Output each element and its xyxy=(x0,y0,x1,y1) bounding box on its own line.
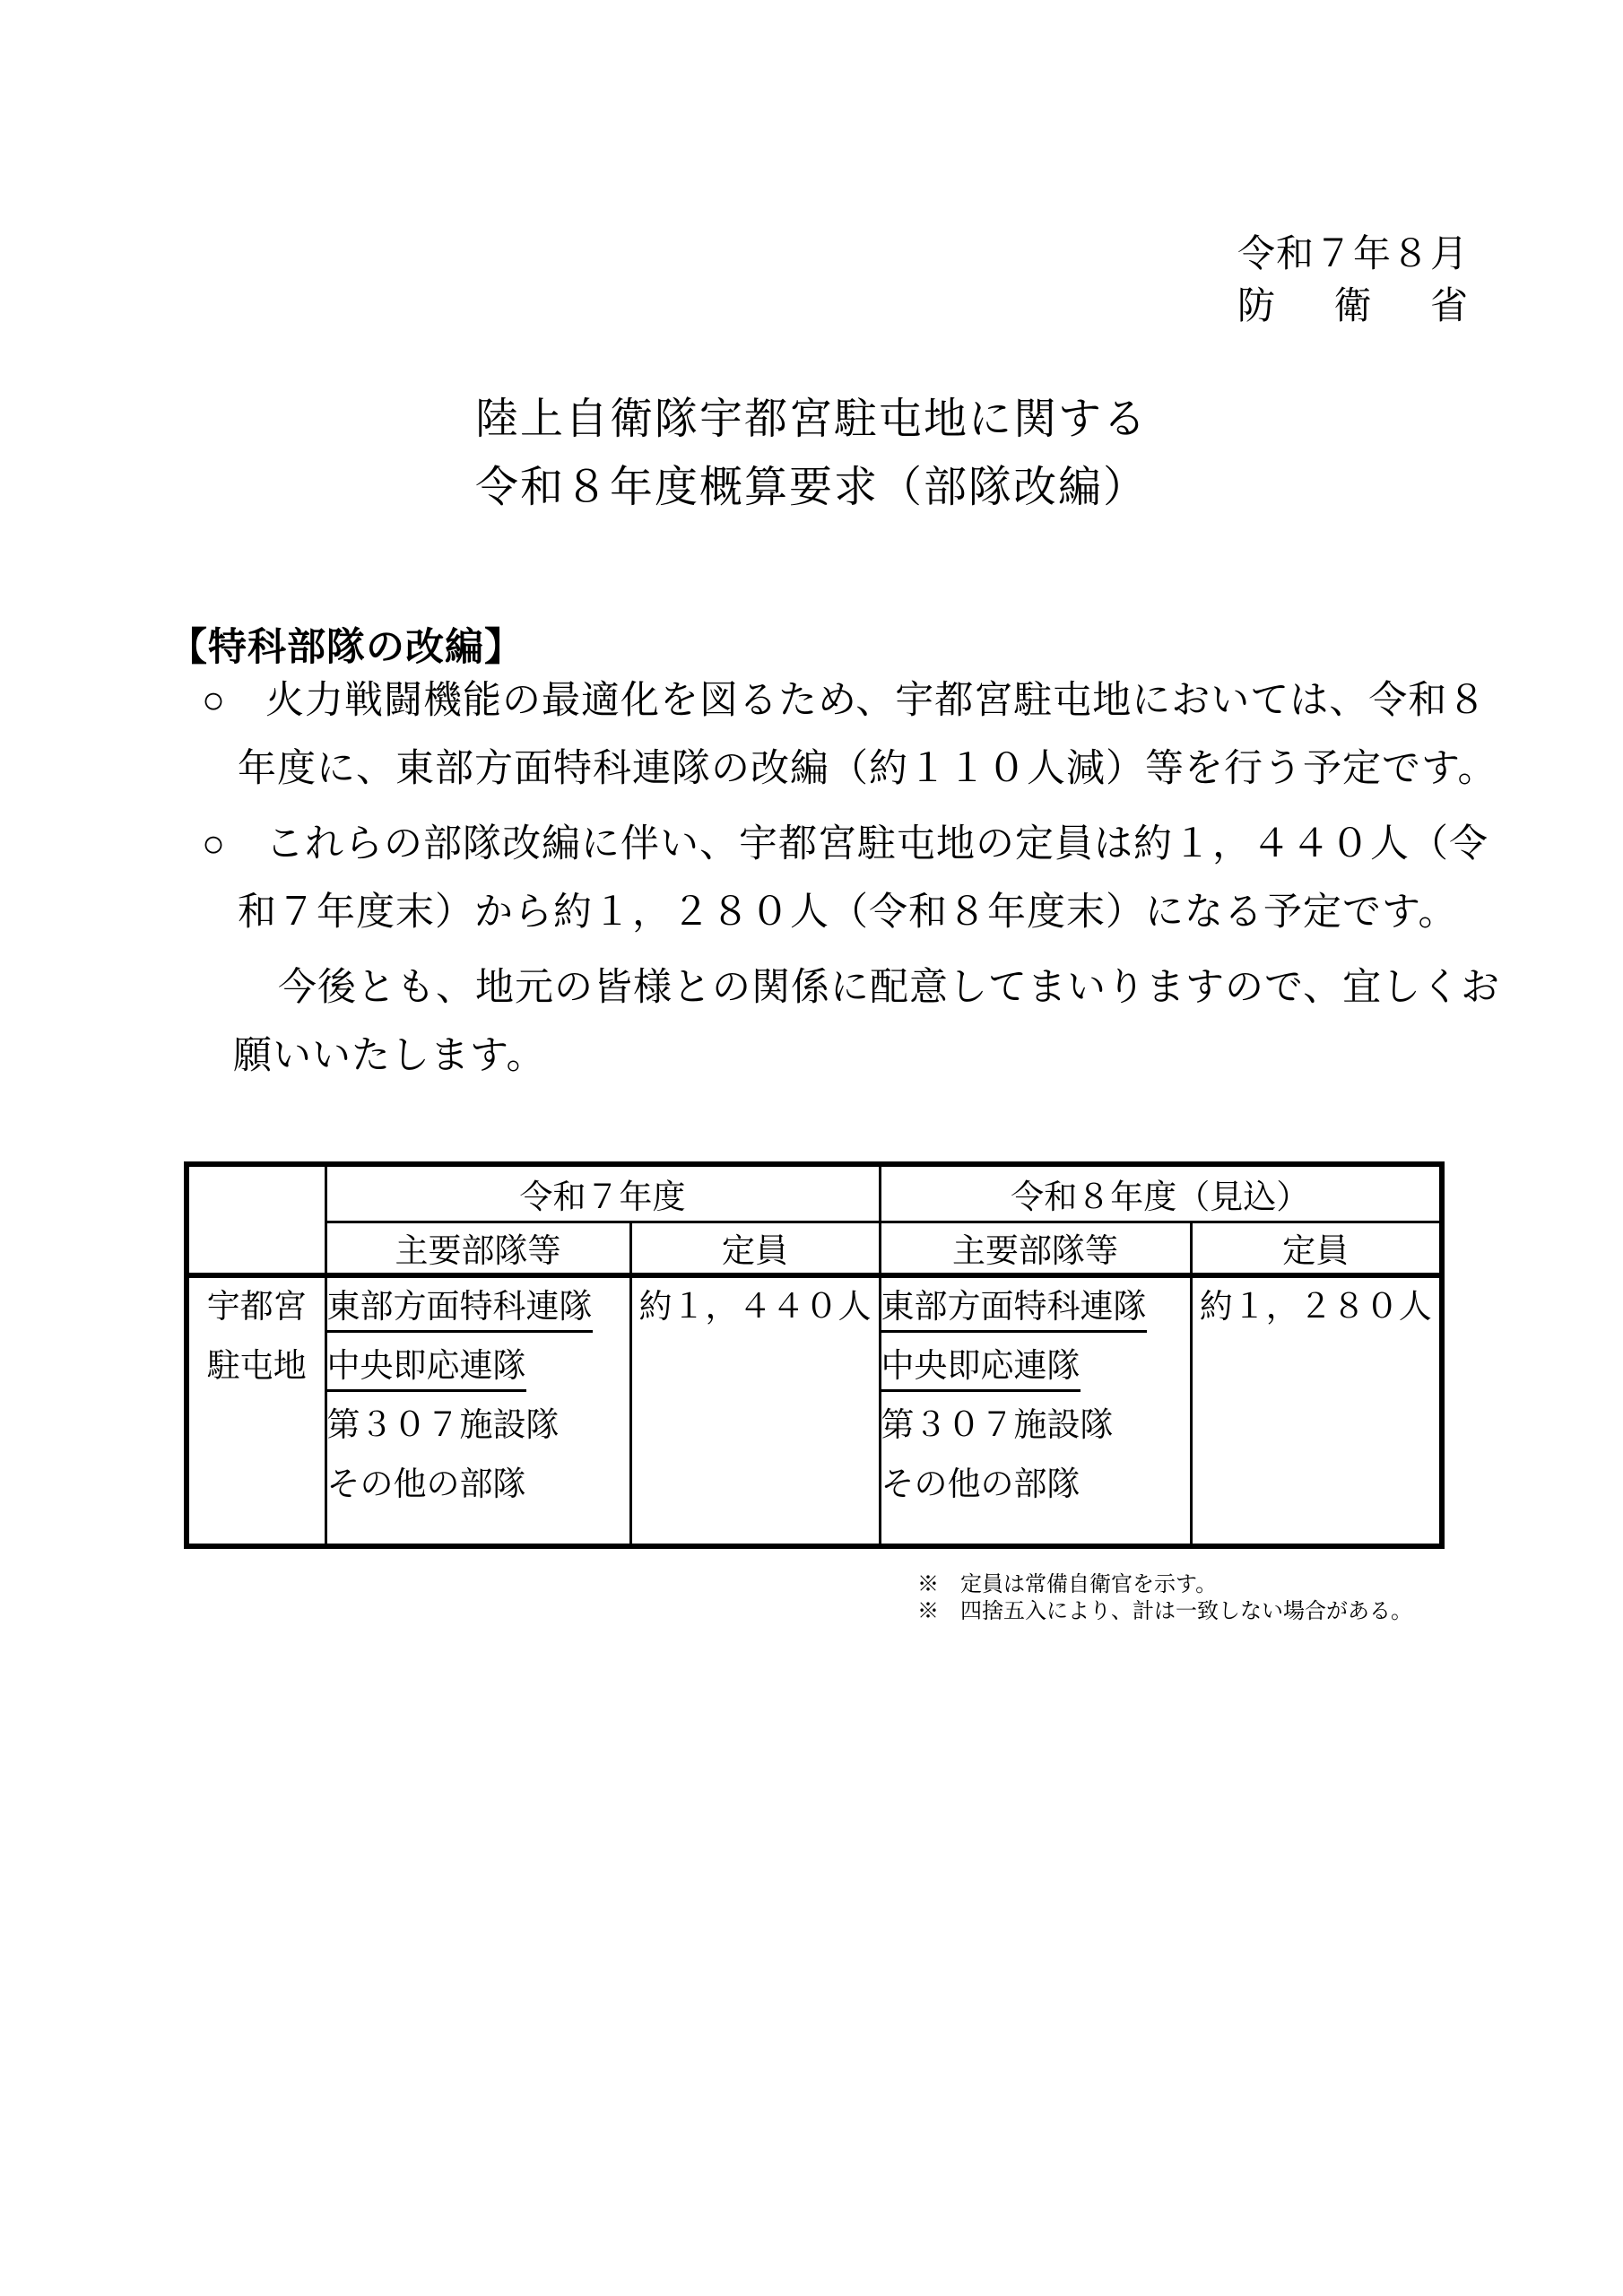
unit-item: 東部方面特科連隊 xyxy=(327,1278,629,1337)
subheader-capacity-r7: 定員 xyxy=(630,1222,880,1275)
bullet-paragraph-1: ○ 火力戦闘機能の最適化を図るため、宇都宮駐屯地においては、令和８ 年度に、東部… xyxy=(202,667,1497,804)
paragraph-line: ○ 火力戦闘機能の最適化を図るため、宇都宮駐屯地においては、令和８ xyxy=(202,667,1497,735)
paragraph-line: 願いいたします。 xyxy=(233,1022,1500,1091)
footnote-line: ※ 四捨五入により、計は一致しない場合がある。 xyxy=(917,1598,1412,1625)
unit-name-underlined: 中央即応連隊 xyxy=(327,1348,526,1392)
unit-item: 第３０７施設隊 xyxy=(881,1396,1190,1456)
title-line-1: 陸上自衛隊宇都宮駐屯地に関する xyxy=(0,386,1623,454)
title-line-2: 令和８年度概算要求（部隊改編） xyxy=(0,454,1623,522)
column-group-header-reiwa7: 令和７年度 xyxy=(325,1164,880,1222)
unit-item: 中央即応連隊 xyxy=(327,1337,629,1396)
paragraph-line: 和７年度末）から約１，２８０人（令和８年度末）になる予定です。 xyxy=(238,879,1488,947)
subheader-units-r8: 主要部隊等 xyxy=(880,1222,1191,1275)
column-group-header-reiwa8: 令和８年度（見込） xyxy=(880,1164,1442,1222)
unit-name: その他の部隊 xyxy=(327,1466,526,1503)
document-page: 令和７年８月 防 衛 省 陸上自衛隊宇都宮駐屯地に関する 令和８年度概算要求（部… xyxy=(0,0,1623,2296)
bullet-paragraph-2: ○ これらの部隊改編に伴い、宇都宮駐屯地の定員は約１，４４０人（令 和７年度末）… xyxy=(202,811,1488,947)
unit-item: その他の部隊 xyxy=(881,1456,1190,1515)
footnote-line: ※ 定員は常備自衛官を示す。 xyxy=(917,1571,1412,1598)
unit-name: その他の部隊 xyxy=(881,1466,1081,1503)
table-header-row-subcolumns: 主要部隊等 定員 主要部隊等 定員 xyxy=(187,1222,1442,1275)
unit-item: 中央即応連隊 xyxy=(881,1337,1190,1396)
unit-name-underlined: 東部方面特科連隊 xyxy=(327,1289,593,1333)
unit-name: 第３０７施設隊 xyxy=(327,1407,560,1444)
units-list-r8: 東部方面特科連隊 中央即応連隊 第３０７施設隊 その他の部隊 xyxy=(880,1275,1191,1546)
unit-item: その他の部隊 xyxy=(327,1456,629,1515)
row-label-utsunomiya-garrison: 宇都宮 駐屯地 xyxy=(187,1275,325,1546)
paragraph-line: ○ これらの部隊改編に伴い、宇都宮駐屯地の定員は約１，４４０人（令 xyxy=(202,811,1488,879)
capacity-value-r8: 約１，２８０人 xyxy=(1191,1275,1442,1546)
table-body-row-utsunomiya: 宇都宮 駐屯地 東部方面特科連隊 中央即応連隊 第３０７施設隊 その他の部隊 約… xyxy=(187,1275,1442,1546)
unit-item: 第３０７施設隊 xyxy=(327,1396,629,1456)
table-corner-cell xyxy=(187,1164,325,1275)
subheader-units-r7: 主要部隊等 xyxy=(325,1222,630,1275)
table-header-row-years: 令和７年度 令和８年度（見込） xyxy=(187,1164,1442,1222)
garrison-units-table: 令和７年度 令和８年度（見込） 主要部隊等 定員 主要部隊等 定員 宇都宮 駐屯… xyxy=(184,1161,1445,1549)
paragraph-line: 年度に、東部方面特科連隊の改編（約１１０人減）等を行う予定です。 xyxy=(238,735,1497,804)
paragraph-line: 今後とも、地元の皆様との関係に配意してまいりますので、宜しくお xyxy=(278,954,1500,1022)
capacity-value-r7: 約１，４４０人 xyxy=(630,1275,880,1546)
unit-name-underlined: 東部方面特科連隊 xyxy=(881,1289,1147,1333)
document-header-block: 令和７年８月 防 衛 省 xyxy=(1237,228,1469,332)
unit-name-underlined: 中央即応連隊 xyxy=(881,1348,1081,1392)
units-list-r7: 東部方面特科連隊 中央即応連隊 第３０７施設隊 その他の部隊 xyxy=(325,1275,630,1546)
date-line: 令和７年８月 xyxy=(1237,228,1469,280)
closing-paragraph: 今後とも、地元の皆様との関係に配意してまいりますので、宜しくお 願いいたします。 xyxy=(233,954,1500,1091)
unit-name: 第３０７施設隊 xyxy=(881,1407,1114,1444)
document-title: 陸上自衛隊宇都宮駐屯地に関する 令和８年度概算要求（部隊改編） xyxy=(0,386,1623,522)
row-label-line: 宇都宮 xyxy=(189,1278,325,1337)
subheader-capacity-r8: 定員 xyxy=(1191,1222,1442,1275)
organization-line: 防 衛 省 xyxy=(1237,280,1469,332)
footnotes-block: ※ 定員は常備自衛官を示す。 ※ 四捨五入により、計は一致しない場合がある。 xyxy=(917,1571,1412,1625)
section-heading: 【特科部隊の改編】 xyxy=(169,617,524,672)
row-label-line: 駐屯地 xyxy=(189,1337,325,1396)
unit-item: 東部方面特科連隊 xyxy=(881,1278,1190,1337)
